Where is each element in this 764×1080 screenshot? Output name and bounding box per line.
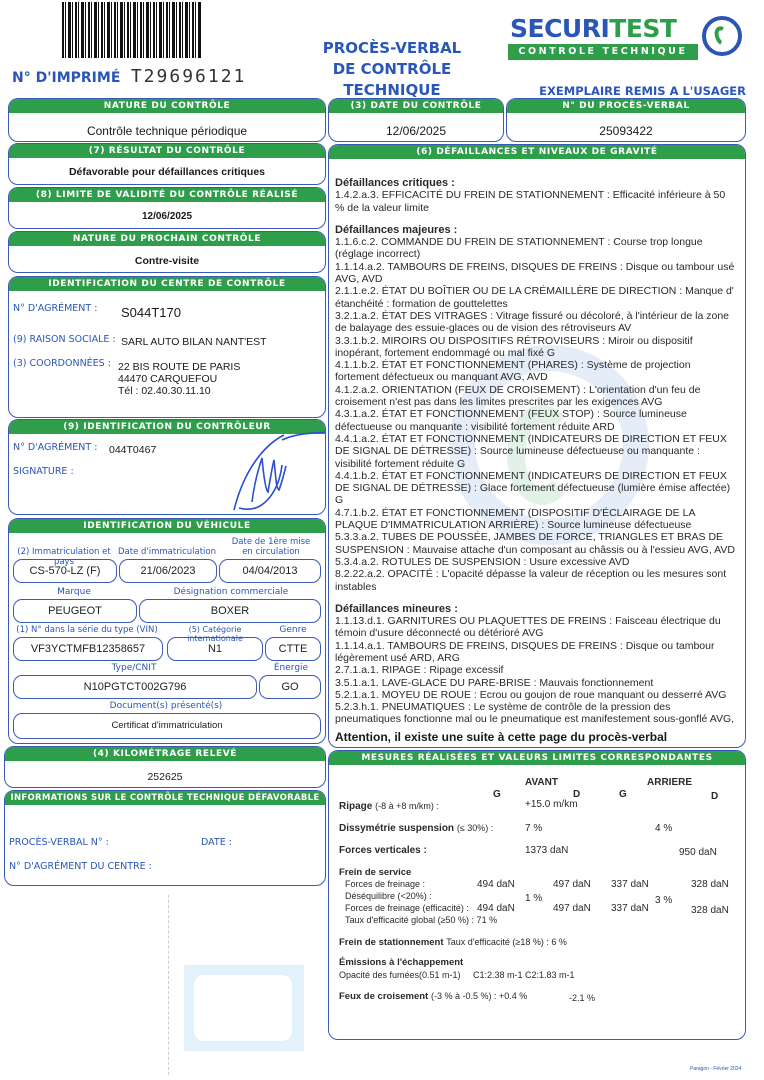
defect-item: 5.3.4.a.2. ROTULES DE SUSPENSION : Usure… — [335, 556, 735, 568]
defect-item: 1.1.14.a.1. TAMBOURS DE FREINS, DISQUES … — [335, 640, 735, 665]
limite-validite-value: 12/06/2025 — [9, 211, 325, 222]
centre-agrement-value: S044T170 — [121, 305, 181, 320]
forces-freinage-avg: 494 daN — [477, 879, 515, 890]
fold-mark — [168, 895, 169, 1075]
defect-item: 3.3.1.b.2. MIROIRS OU DISPOSITIFS RÉTROV… — [335, 335, 735, 360]
centre-box: IDENTIFICATION DU CENTRE DE CONTRÔLE N° … — [8, 276, 326, 418]
vehicule-box: IDENTIFICATION DU VÉHICULE (2) Immatricu… — [8, 518, 326, 744]
resultat-value: Défavorable pour défaillances critiques — [9, 166, 325, 178]
nature-controle-value: Contrôle technique périodique — [9, 124, 325, 138]
defect-item: 4.4.1.a.2. ÉTAT ET FONCTIONNEMENT (INDIC… — [335, 433, 735, 470]
numero-pv-title: N° DU PROCÈS-VERBAL — [507, 99, 745, 113]
numero-pv-value: 25093422 — [507, 124, 745, 138]
info-defavorable-box: INFORMATIONS SUR LE CONTRÔLE TECHNIQUE D… — [4, 790, 326, 886]
avant-header: AVANT — [525, 777, 558, 788]
printer-footer: Paragon - Février 2024 — [690, 1066, 741, 1072]
document-title: PROCÈS-VERBAL DE CONTRÔLE TECHNIQUE — [282, 38, 502, 101]
emissions-title: Émissions à l'échappement — [339, 957, 463, 968]
desequilibre-label: Déséquilibre (<20%) : — [345, 891, 432, 901]
nature-controle-title: NATURE DU CONTRÔLE — [9, 99, 325, 113]
centre-raison-value: SARL AUTO BILAN NANT'EST — [121, 336, 267, 348]
ripage-value: +15.0 m/km — [525, 799, 578, 810]
feux-value2: -2.1 % — [569, 993, 595, 1003]
copy-notice: EXEMPLAIRE REMIS A L'USAGER — [520, 84, 746, 98]
limite-validite-box: (8) LIMITE DE VALIDITÉ DU CONTRÔLE RÉALI… — [8, 187, 326, 229]
vin-label: (1) N° dans la série du type (VIN) — [9, 625, 165, 635]
desequilibre-avant: 1 % — [525, 893, 542, 904]
defaillances-title: (6) DÉFAILLANCES ET NIVEAUX DE GRAVITÉ — [329, 145, 745, 159]
brand-tagline: CONTROLE TECHNIQUE — [508, 44, 698, 60]
forces-vert-arriere: 950 daN — [679, 847, 717, 858]
marque-label: Marque — [9, 587, 139, 597]
defaillances-box: (6) DÉFAILLANCES ET NIVEAUX DE GRAVITÉ D… — [328, 144, 746, 748]
date-1ere-value: 04/04/2013 — [219, 559, 321, 583]
col-g-arriere: G — [619, 789, 627, 800]
kilometrage-box: (4) KILOMÉTRAGE RELEVÉ 252625 — [4, 746, 326, 788]
defect-item: 4.3.1.a.2. ÉTAT ET FONCTIONNEMENT (FEUX … — [335, 408, 735, 433]
title-line1: PROCÈS-VERBAL — [282, 38, 502, 59]
opacite-label: Opacité des fumées(0.51 m-1) — [339, 970, 461, 980]
resultat-box: (7) RÉSULTAT DU CONTRÔLE Défavorable pou… — [8, 143, 326, 185]
defect-item: 1.1.14.a.2. TAMBOURS DE FREINS, DISQUES … — [335, 261, 735, 286]
arriere-header: ARRIERE — [647, 777, 692, 788]
centre-coord-label: (3) COORDONNÉES : — [13, 358, 111, 369]
centre-address2: 44470 CARQUEFOU — [118, 373, 240, 385]
designation-label: Désignation commerciale — [139, 587, 323, 597]
marque-value: PEUGEOT — [13, 599, 137, 623]
defect-item: 4.7.1.b.2. ÉTAT ET FONCTIONNEMENT (DISPO… — [335, 507, 735, 532]
frein-stat-row: Frein de stationnement Taux d'efficacité… — [339, 937, 567, 948]
signature-scribble — [224, 430, 326, 515]
imprime-label: N° D'IMPRIMÉ — [12, 70, 120, 86]
mineures-list: 1.1.13.d.1. GARNITURES OU PLAQUETTES DE … — [335, 615, 735, 726]
mesures-title: MESURES RÉALISÉES ET VALEURS LIMITES COR… — [329, 751, 745, 765]
feux-label: Feux de croisement — [339, 991, 428, 1002]
prochain-controle-title: NATURE DU PROCHAIN CONTRÔLE — [9, 232, 325, 246]
defect-item: 3.5.1.a.1. LAVE-GLACE DU PARE-BRISE : Ma… — [335, 677, 735, 689]
signature-label: SIGNATURE : — [13, 466, 74, 477]
defect-item: 1.1.6.c.2. COMMANDE DU FREIN DE STATIONN… — [335, 236, 735, 261]
info-defavorable-title: INFORMATIONS SUR LE CONTRÔLE TECHNIQUE D… — [5, 791, 325, 805]
cnit-label: Type/CNIT — [9, 663, 259, 673]
mesures-box: MESURES RÉALISÉES ET VALEURS LIMITES COR… — [328, 750, 746, 1040]
vignette-area — [184, 965, 304, 1051]
date-1ere-label-line2: en circulation — [219, 547, 323, 557]
genre-value: CTTE — [265, 637, 321, 661]
dissym-avant: 7 % — [525, 823, 542, 834]
col-g-avant: G — [493, 789, 501, 800]
critiques-list: 1.4.2.a.3. EFFICACITÉ DU FREIN DE STATIO… — [335, 189, 735, 214]
attention-note: Attention, il existe une suite à cette p… — [335, 730, 667, 744]
date-1ere-label-line1: Date de 1ère mise — [219, 537, 323, 547]
brand-name-part2: TEST — [609, 14, 676, 43]
documents-value: Certificat d'immatriculation — [13, 713, 321, 739]
cnit-value: N10PGTCT002G796 — [13, 675, 257, 699]
title-line2: DE CONTRÔLE TECHNIQUE — [282, 59, 502, 101]
forces-vert-label: Forces verticales : — [339, 845, 427, 856]
centre-address: 22 BIS ROUTE DE PARIS 44470 CARQUEFOU Té… — [118, 361, 240, 397]
genre-label: Genre — [263, 625, 323, 635]
date-1ere-label: Date de 1ère mise en circulation — [219, 537, 323, 557]
ripage-label: Ripage — [339, 801, 372, 812]
immat-value: CS-570-LZ (F) — [13, 559, 117, 583]
forces-freinage-arg: 337 daN — [611, 879, 649, 890]
desequilibre-arriere: 3 % — [655, 895, 672, 906]
kilometrage-value: 252625 — [5, 771, 325, 783]
defect-item: 3.2.1.a.2. ÉTAT DES VITRAGES : Vitrage f… — [335, 310, 735, 335]
numero-pv-box: N° DU PROCÈS-VERBAL 25093422 — [506, 98, 746, 142]
designation-value: BOXER — [139, 599, 321, 623]
defect-item: 5.2.1.a.1. MOYEU DE ROUE : Ecrou ou gouj… — [335, 689, 735, 701]
frein-stat-label: Frein de stationnement — [339, 937, 444, 948]
defect-item: 2.7.1.a.1. RIPAGE : Ripage excessif — [335, 664, 735, 676]
centre-raison-label: (9) RAISON SOCIALE : — [13, 334, 116, 345]
forces-freinage-ard: 328 daN — [691, 879, 729, 890]
info-date-label: DATE : — [201, 837, 232, 848]
mineures-title: Défaillances mineures : — [335, 603, 735, 615]
majeures-list: 1.1.6.c.2. COMMANDE DU FREIN DE STATIONN… — [335, 236, 735, 593]
centre-phone: Tél : 02.40.30.11.10 — [118, 385, 240, 397]
defect-item: 4.4.1.b.2. ÉTAT ET FONCTIONNEMENT (INDIC… — [335, 470, 735, 507]
controleur-agrement-label: N° D'AGRÉMENT : — [13, 442, 97, 453]
ripage-row: Ripage (-8 à +8 m/km) : — [339, 801, 439, 812]
feux-row: Feux de croisement (-3 % à -0.5 %) : +0.… — [339, 991, 527, 1002]
controleur-agrement-value: 044T0467 — [109, 444, 156, 456]
date-controle-title: (3) DATE DU CONTRÔLE — [329, 99, 503, 113]
ripage-limit: (-8 à +8 m/km) : — [375, 801, 439, 811]
dissym-label: Dissymétrie suspension — [339, 823, 454, 834]
defect-item: 8.2.22.a.2. OPACITÉ : L'opacité dépasse … — [335, 568, 735, 593]
prochain-controle-box: NATURE DU PROCHAIN CONTRÔLE Contre-visit… — [8, 231, 326, 273]
energie-value: GO — [259, 675, 321, 699]
forces-freinage-avd: 497 daN — [553, 879, 591, 890]
defect-item: 1.1.13.d.1. GARNITURES OU PLAQUETTES DE … — [335, 615, 735, 640]
documents-label: Document(s) présenté(s) — [9, 701, 323, 711]
majeures-title: Défaillances majeures : — [335, 224, 735, 236]
feux-limit: (-3 % à -0.5 %) : +0.4 % — [431, 991, 527, 1001]
defect-item: 2.1.1.e.2. ÉTAT DU BOÎTIER OU DE LA CRÉM… — [335, 285, 735, 310]
taux-global: Taux d'efficacité global (≥50 %) : 71 % — [345, 915, 497, 925]
centre-agrement-label: N° D'AGRÉMENT : — [13, 303, 97, 314]
defect-item: 4.1.2.a.2. ORIENTATION (FEUX DE CROISEME… — [335, 384, 735, 409]
centre-title: IDENTIFICATION DU CENTRE DE CONTRÔLE — [9, 277, 325, 291]
date-controle-value: 12/06/2025 — [329, 124, 503, 138]
limite-validite-title: (8) LIMITE DE VALIDITÉ DU CONTRÔLE RÉALI… — [9, 188, 325, 202]
defect-item: 4.1.1.b.2. ÉTAT ET FONCTIONNEMENT (PHARE… — [335, 359, 735, 384]
forces-eff-label: Forces de freinage (efficacité) : — [345, 903, 469, 913]
dissym-arriere: 4 % — [655, 823, 672, 834]
info-agrement-label: N° D'AGRÉMENT DU CENTRE : — [9, 861, 152, 872]
brand-logo: SECURITEST CONTROLE TECHNIQUE — [508, 14, 748, 64]
nature-controle-box: NATURE DU CONTRÔLE Contrôle technique pé… — [8, 98, 326, 142]
forces-eff-ard: 328 daN — [691, 905, 729, 916]
col-d-arriere: D — [711, 791, 718, 802]
prochain-controle-value: Contre-visite — [9, 255, 325, 267]
brand-s-icon — [702, 16, 742, 56]
resultat-title: (7) RÉSULTAT DU CONTRÔLE — [9, 144, 325, 158]
date-immat-value: 21/06/2023 — [119, 559, 217, 583]
date-immat-label: Date d'immatriculation — [117, 547, 217, 557]
info-pv-label: PROCÈS-VERBAL N° : — [9, 837, 109, 848]
categorie-value: N1 — [167, 637, 263, 661]
forces-vert-avant: 1373 daN — [525, 845, 568, 856]
energie-label: Énergie — [259, 663, 323, 673]
kilometrage-title: (4) KILOMÉTRAGE RELEVÉ — [5, 747, 325, 761]
dissym-row: Dissymétrie suspension (≤ 30%) : — [339, 823, 493, 834]
controleur-box: (9) IDENTIFICATION DU CONTRÔLEUR N° D'AG… — [8, 419, 326, 515]
brand-name-part1: SECURI — [510, 14, 609, 43]
defect-item: 5.2.3.h.1. PNEUMATIQUES : Le système de … — [335, 701, 735, 726]
forces-eff-avg: 494 daN — [477, 903, 515, 914]
defect-item: 1.4.2.a.3. EFFICACITÉ DU FREIN DE STATIO… — [335, 189, 735, 214]
forces-eff-arg: 337 daN — [611, 903, 649, 914]
frein-stat-value: Taux d'efficacité (≥18 %) : 6 % — [446, 937, 567, 947]
opacite-values: C1:2.38 m-1 C2:1.83 m-1 — [473, 970, 575, 980]
defect-item: 5.3.3.a.2. TUBES DE POUSSÉE, JAMBES DE F… — [335, 531, 735, 556]
forces-freinage-label: Forces de freinage : — [345, 879, 425, 889]
vin-value: VF3YCTMFB12358657 — [13, 637, 163, 661]
critiques-title: Défaillances critiques : — [335, 177, 735, 189]
date-controle-box: (3) DATE DU CONTRÔLE 12/06/2025 — [328, 98, 504, 142]
defaillances-list: Défaillances critiques : 1.4.2.a.3. EFFI… — [335, 167, 735, 726]
frein-service-title: Frein de service — [339, 867, 411, 878]
dissym-limit: (≤ 30%) : — [457, 823, 493, 833]
barcode — [62, 2, 202, 58]
imprime-number-row: N° D'IMPRIMÉ T29696121 — [12, 66, 246, 87]
centre-address1: 22 BIS ROUTE DE PARIS — [118, 361, 240, 373]
forces-eff-avd: 497 daN — [553, 903, 591, 914]
vehicule-title: IDENTIFICATION DU VÉHICULE — [9, 519, 325, 533]
imprime-number: T29696121 — [131, 66, 247, 87]
